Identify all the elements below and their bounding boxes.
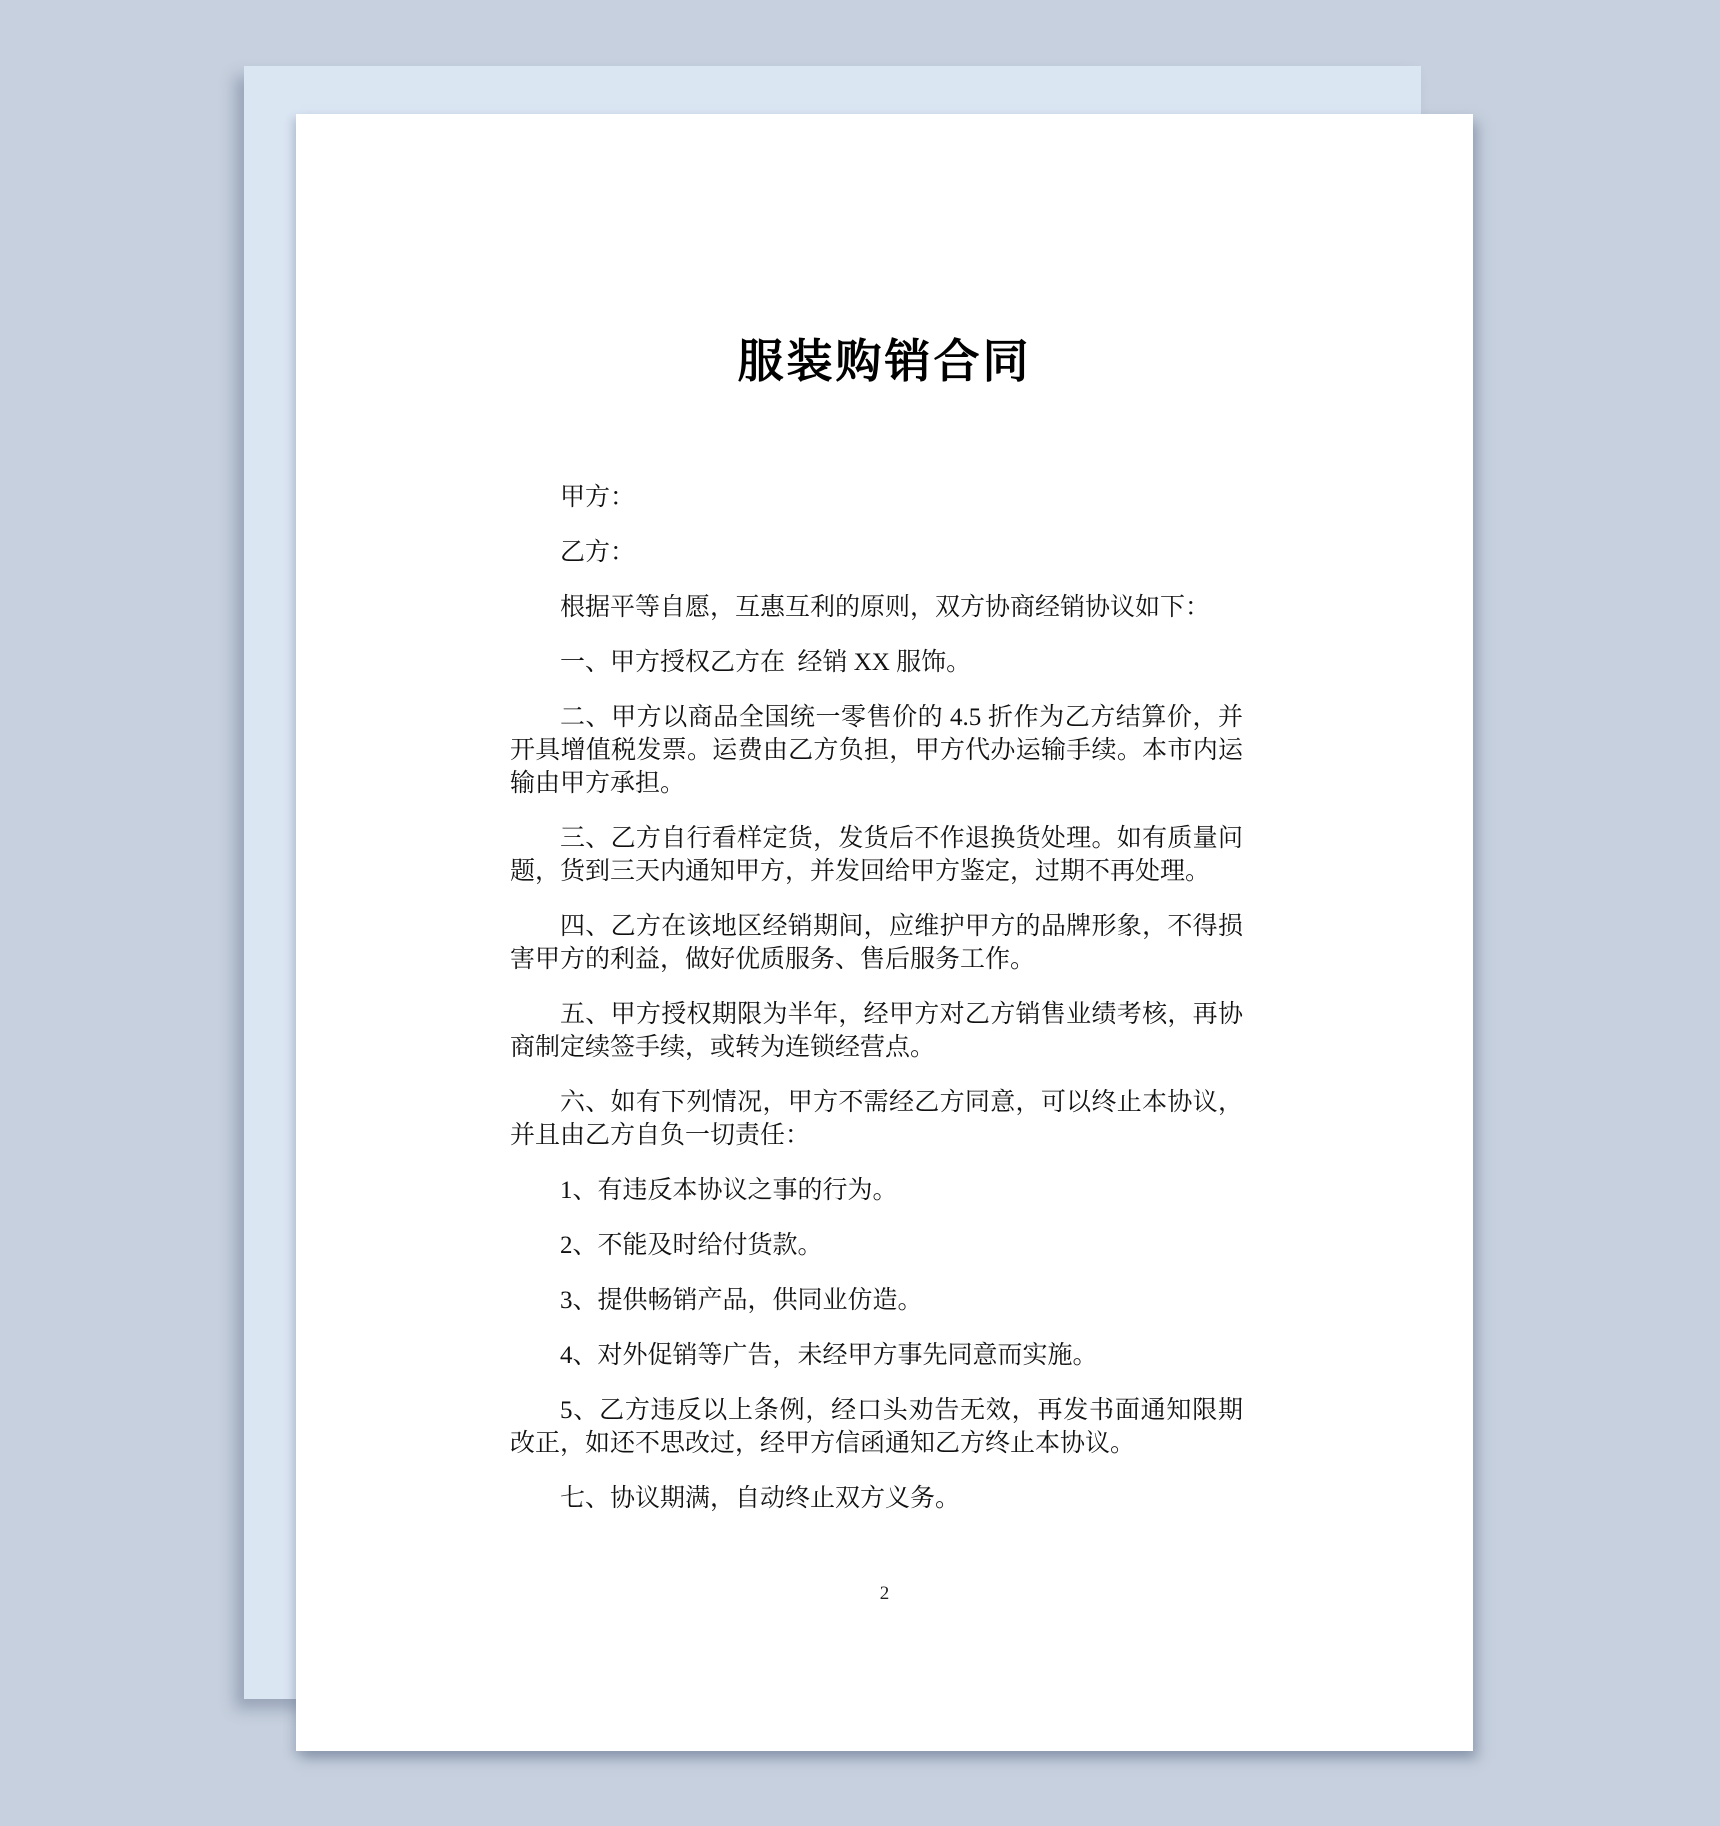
document-body: 甲方： 乙方： 根据平等自愿，互惠互利的原则，双方协商经销协议如下： 一、甲方授…	[296, 481, 1473, 1515]
paragraph-party-a: 甲方：	[510, 481, 1243, 514]
clause-7: 七、协议期满，自动终止双方义务。	[510, 1482, 1243, 1515]
document-title: 服装购销合同	[296, 336, 1473, 386]
paragraph-party-b: 乙方：	[510, 536, 1243, 569]
desktop-background: { "document": { "title": "服装购销合同", "page…	[0, 0, 1720, 1826]
clause-3: 三、乙方自行看样定货，发货后不作退换货处理。如有质量问题，货到三天内通知甲方，并…	[510, 822, 1243, 888]
page-number: 2	[296, 1582, 1473, 1606]
subclause-5: 5、乙方违反以上条例，经口头劝告无效，再发书面通知限期改正，如还不思改过，经甲方…	[510, 1394, 1243, 1460]
clause-5: 五、甲方授权期限为半年，经甲方对乙方销售业绩考核，再协商制定续签手续，或转为连锁…	[510, 998, 1243, 1064]
subclause-1: 1、有违反本协议之事的行为。	[510, 1174, 1243, 1207]
clause-2: 二、甲方以商品全国统一零售价的 4.5 折作为乙方结算价，并开具增值税发票。运费…	[510, 701, 1243, 800]
paragraph-preamble: 根据平等自愿，互惠互利的原则，双方协商经销协议如下：	[510, 591, 1243, 624]
subclause-3: 3、提供畅销产品，供同业仿造。	[510, 1284, 1243, 1317]
clause-1: 一、甲方授权乙方在 经销 XX 服饰。	[510, 646, 1243, 679]
document-page: 服装购销合同 甲方： 乙方： 根据平等自愿，互惠互利的原则，双方协商经销协议如下…	[296, 114, 1473, 1751]
clause-4: 四、乙方在该地区经销期间，应维护甲方的品牌形象，不得损害甲方的利益，做好优质服务…	[510, 910, 1243, 976]
subclause-4: 4、对外促销等广告，未经甲方事先同意而实施。	[510, 1339, 1243, 1372]
subclause-2: 2、不能及时给付货款。	[510, 1229, 1243, 1262]
clause-6: 六、如有下列情况，甲方不需经乙方同意，可以终止本协议，并且由乙方自负一切责任：	[510, 1086, 1243, 1152]
